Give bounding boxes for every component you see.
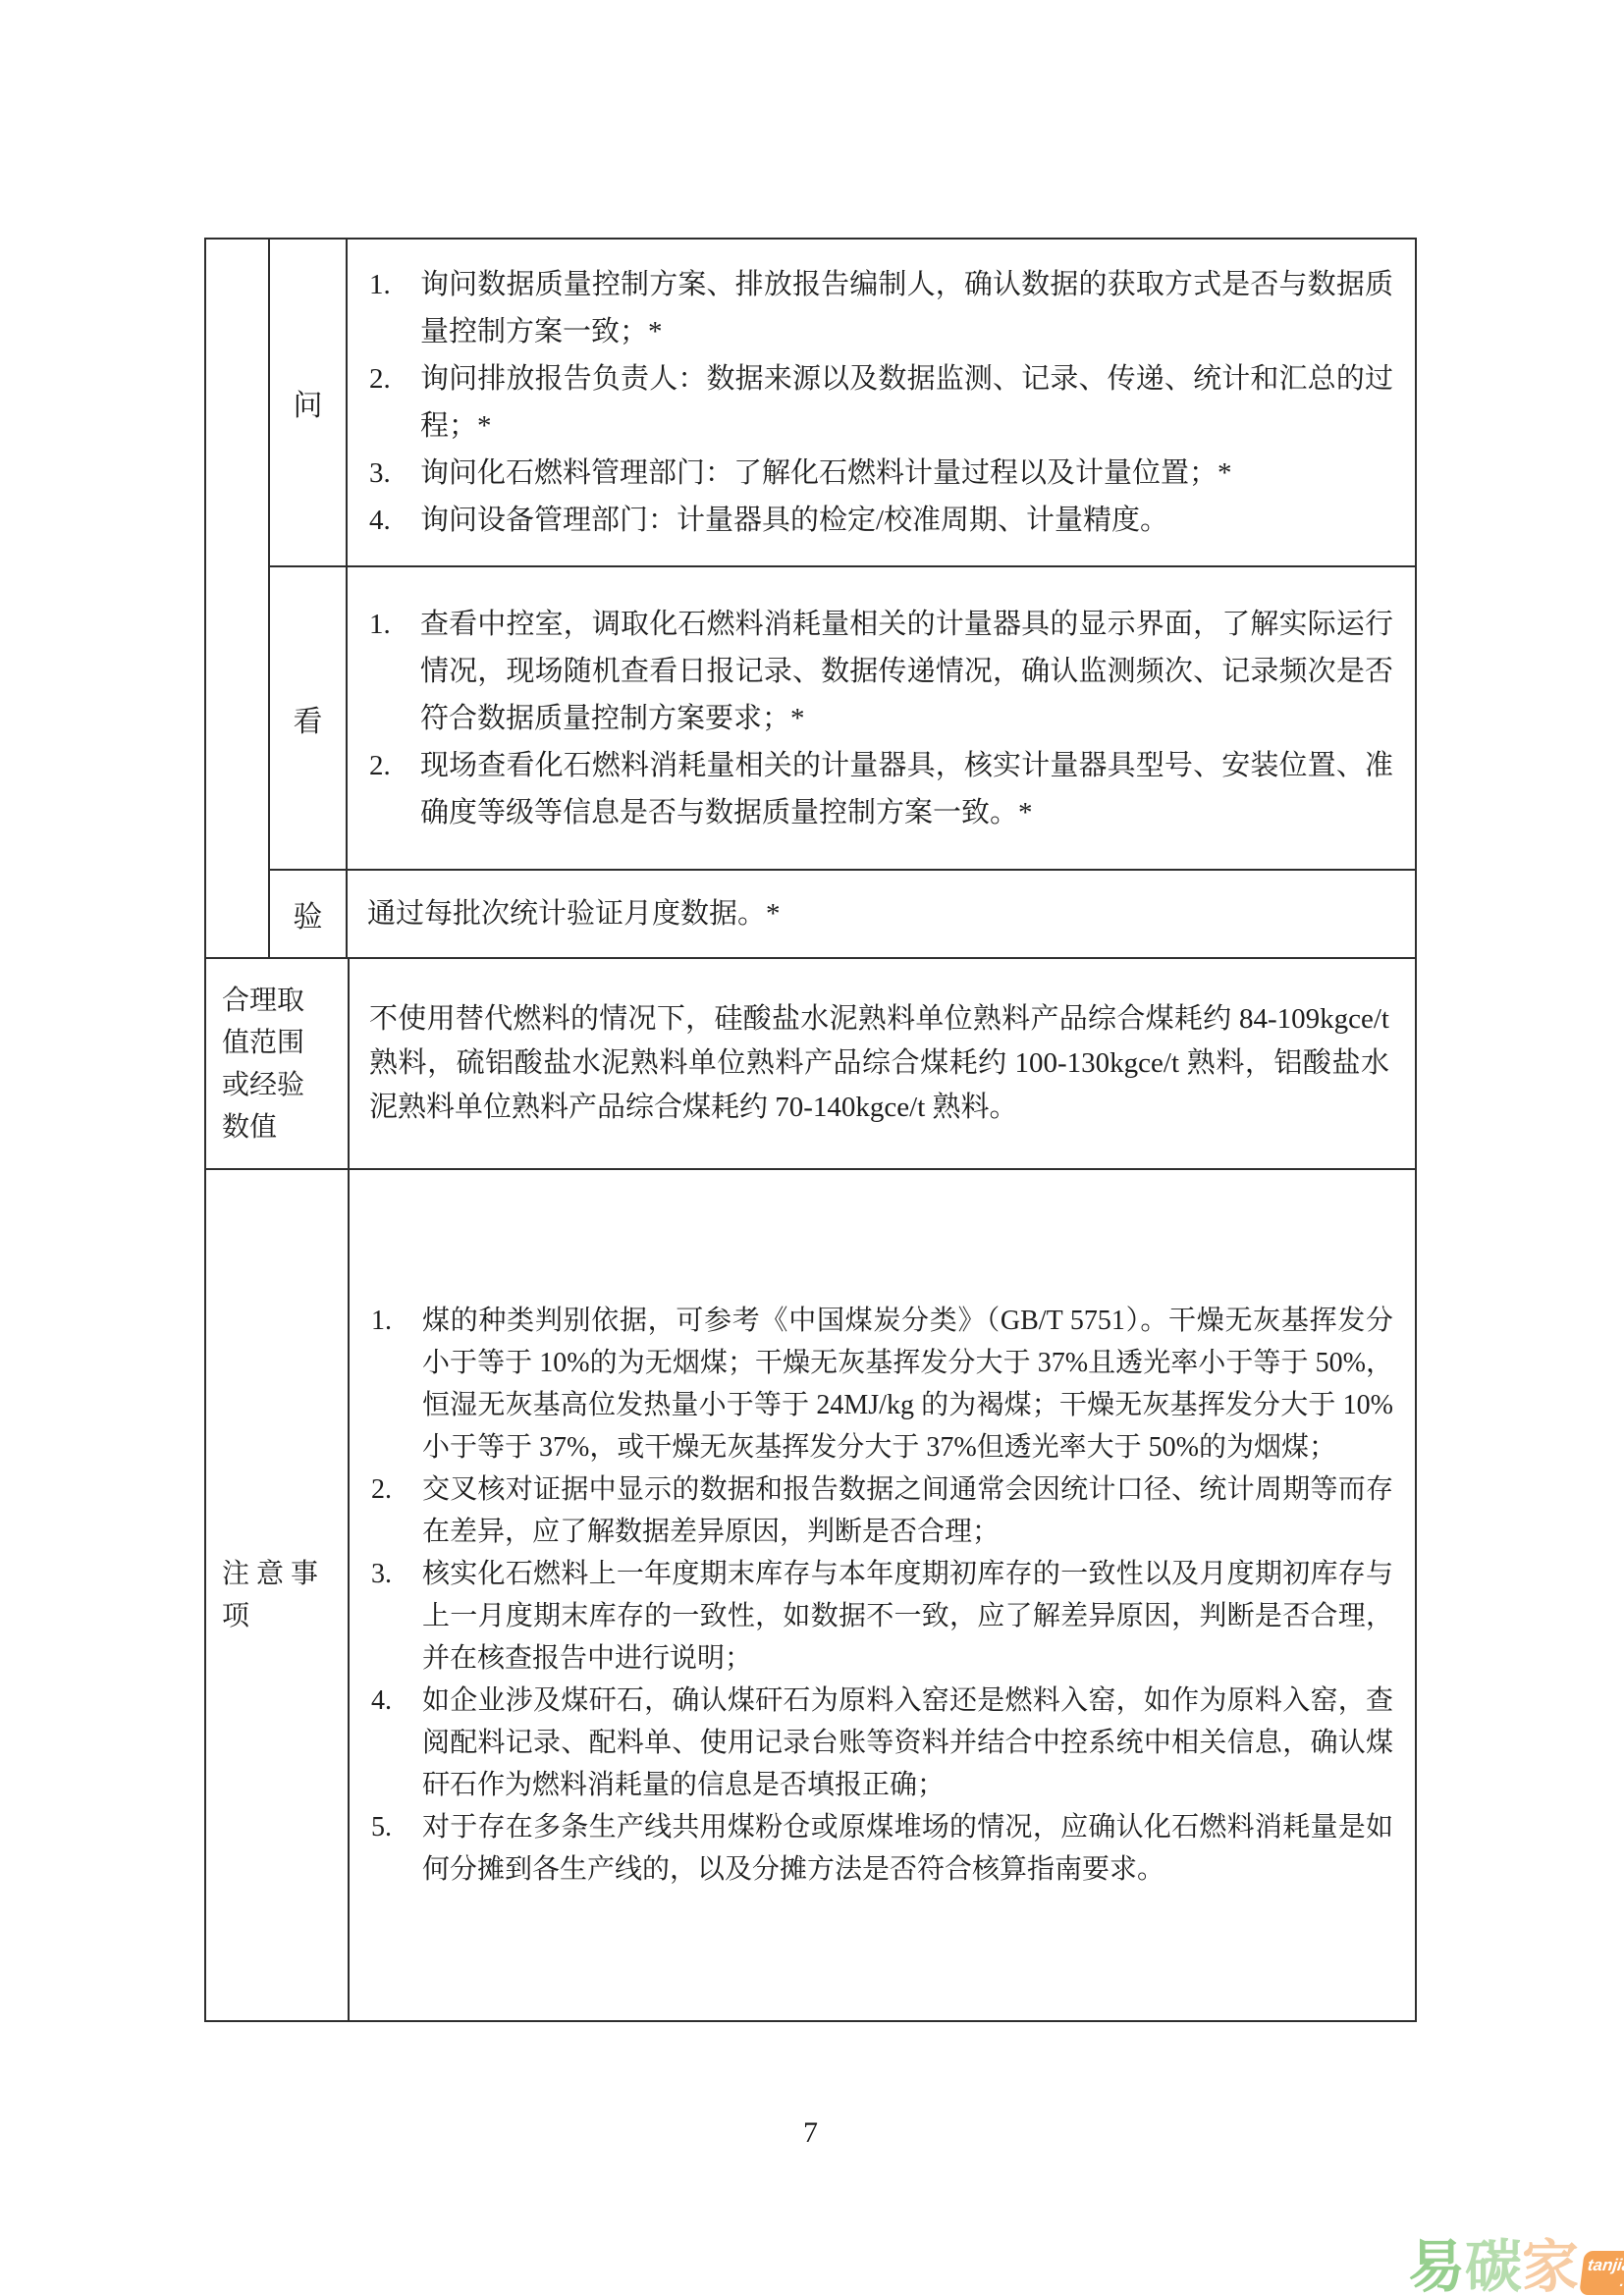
range-text: 不使用替代燃料的情况下，硅酸盐水泥熟料单位熟料产品综合煤耗约 84-109kgc… <box>350 997 1415 1130</box>
list-item-number: 3. <box>365 1553 422 1680</box>
notes-list: 1.煤的种类判别依据，可参考《中国煤炭分类》（GB/T 5751）。干燥无灰基挥… <box>350 1300 1415 1891</box>
list-item: 4.如企业涉及煤矸石，确认煤矸石为原料入窑还是燃料入窑，如作为原料入窑，查阅配料… <box>365 1680 1393 1806</box>
list-item-number: 5. <box>365 1806 422 1891</box>
table-row-verify: 验 通过每批次统计验证月度数据。* <box>270 869 1415 957</box>
list-item: 5.对于存在多条生产线共用煤粉仓或原煤堆场的情况，应确认化石燃料消耗量是如何分摊… <box>365 1806 1393 1891</box>
table-row-ask: 问 1.询问数据质量控制方案、排放报告编制人，确认数据的获取方式是否与数据质量控… <box>270 240 1415 565</box>
list-item: 3.询问化石燃料管理部门：了解化石燃料计量过程以及计量位置；* <box>363 450 1393 497</box>
list-item-number: 3. <box>363 450 420 497</box>
ask-row-content: 1.询问数据质量控制方案、排放报告编制人，确认数据的获取方式是否与数据质量控制方… <box>348 240 1415 565</box>
verify-row-content: 通过每批次统计验证月度数据。* <box>348 871 1415 957</box>
list-item-number: 2. <box>363 742 420 836</box>
list-item: 2.现场查看化石燃料消耗量相关的计量器具，核实计量器具型号、安装位置、准确度等级… <box>363 742 1393 836</box>
range-row-label: 合理取 值范围 或经验 数值 <box>206 959 350 1168</box>
list-item-text: 交叉核对证据中显示的数据和报告数据之间通常会因统计口径、统计周期等而存在差异，应… <box>422 1468 1393 1553</box>
list-item: 1.查看中控室，调取化石燃料消耗量相关的计量器具的显示界面，了解实际运行情况，现… <box>363 601 1393 742</box>
list-item-number: 1. <box>363 601 420 742</box>
list-item-text: 核实化石燃料上一年度期末库存与本年度期初库存的一致性以及月度期初库存与上一月度期… <box>422 1553 1393 1680</box>
watermark-char-yi: 易 <box>1408 2240 1465 2296</box>
notes-row-label: 注 意 事 项 <box>206 1170 350 2020</box>
watermark-char-tan: 碳 <box>1465 2240 1522 2296</box>
list-item-number: 1. <box>365 1300 422 1468</box>
list-item: 3.核实化石燃料上一年度期末库存与本年度期初库存的一致性以及月度期初库存与上一月… <box>365 1553 1393 1680</box>
look-list: 1.查看中控室，调取化石燃料消耗量相关的计量器具的显示界面，了解实际运行情况，现… <box>348 601 1415 836</box>
list-item-number: 4. <box>365 1680 422 1806</box>
empty-merged-cell <box>206 240 270 957</box>
list-item-number: 2. <box>365 1468 422 1553</box>
watermark-badge-tld: .com <box>1584 2274 1624 2290</box>
verify-row-label: 验 <box>270 871 348 957</box>
list-item-text: 如企业涉及煤矸石，确认煤矸石为原料入窑还是燃料入窑，如作为原料入窑，查阅配料记录… <box>422 1680 1393 1806</box>
list-item-number: 4. <box>363 497 420 544</box>
methods-subrows: 问 1.询问数据质量控制方案、排放报告编制人，确认数据的获取方式是否与数据质量控… <box>270 240 1415 957</box>
list-item-text: 查看中控室，调取化石燃料消耗量相关的计量器具的显示界面，了解实际运行情况，现场随… <box>420 601 1393 742</box>
ask-list: 1.询问数据质量控制方案、排放报告编制人，确认数据的获取方式是否与数据质量控制方… <box>348 261 1415 544</box>
watermark-char-jia: 家 <box>1522 2240 1579 2296</box>
list-item-text: 现场查看化石燃料消耗量相关的计量器具，核实计量器具型号、安装位置、准确度等级等信… <box>420 742 1393 836</box>
verification-table: 问 1.询问数据质量控制方案、排放报告编制人，确认数据的获取方式是否与数据质量控… <box>204 238 1417 2022</box>
table-row-range: 合理取 值范围 或经验 数值 不使用替代燃料的情况下，硅酸盐水泥熟料单位熟料产品… <box>206 957 1415 1168</box>
list-item: 2.交叉核对证据中显示的数据和报告数据之间通常会因统计口径、统计周期等而存在差异… <box>365 1468 1393 1553</box>
list-item-number: 1. <box>363 261 420 355</box>
notes-row-content: 1.煤的种类判别依据，可参考《中国煤炭分类》（GB/T 5751）。干燥无灰基挥… <box>350 1170 1415 2020</box>
range-row-content: 不使用替代燃料的情况下，硅酸盐水泥熟料单位熟料产品综合煤耗约 84-109kgc… <box>350 959 1415 1168</box>
table-row-notes: 注 意 事 项 1.煤的种类判别依据，可参考《中国煤炭分类》（GB/T 5751… <box>206 1168 1415 2020</box>
list-item-number: 2. <box>363 355 420 450</box>
list-item-text: 煤的种类判别依据，可参考《中国煤炭分类》（GB/T 5751）。干燥无灰基挥发分… <box>422 1300 1393 1468</box>
list-item-text: 询问数据质量控制方案、排放报告编制人，确认数据的获取方式是否与数据质量控制方案一… <box>420 261 1393 355</box>
table-row-group-methods: 问 1.询问数据质量控制方案、排放报告编制人，确认数据的获取方式是否与数据质量控… <box>206 240 1415 957</box>
verify-text: 通过每批次统计验证月度数据。* <box>348 890 1415 937</box>
list-item-text: 询问化石燃料管理部门：了解化石燃料计量过程以及计量位置；* <box>420 450 1393 497</box>
list-item-text: 询问排放报告负责人：数据来源以及数据监测、记录、传递、统计和汇总的过程；* <box>420 355 1393 450</box>
list-item-text: 询问设备管理部门：计量器具的检定/校准周期、计量精度。 <box>420 497 1393 544</box>
watermark-badge-domain: tanjiaoyi <box>1586 2256 1624 2274</box>
page-number: 7 <box>204 2116 1417 2150</box>
list-item: 2.询问排放报告负责人：数据来源以及数据监测、记录、传递、统计和汇总的过程；* <box>363 355 1393 450</box>
look-row-content: 1.查看中控室，调取化石燃料消耗量相关的计量器具的显示界面，了解实际运行情况，现… <box>348 567 1415 869</box>
list-item: 1.煤的种类判别依据，可参考《中国煤炭分类》（GB/T 5751）。干燥无灰基挥… <box>365 1300 1393 1468</box>
look-row-label: 看 <box>270 567 348 869</box>
watermark-badge: tanjiaoyi .com <box>1579 2251 1624 2295</box>
table-row-look: 看 1.查看中控室，调取化石燃料消耗量相关的计量器具的显示界面，了解实际运行情况… <box>270 565 1415 869</box>
ask-row-label: 问 <box>270 240 348 565</box>
list-item: 1.询问数据质量控制方案、排放报告编制人，确认数据的获取方式是否与数据质量控制方… <box>363 261 1393 355</box>
list-item-text: 对于存在多条生产线共用煤粉仓或原煤堆场的情况，应确认化石燃料消耗量是如何分摊到各… <box>422 1806 1393 1891</box>
list-item: 4.询问设备管理部门：计量器具的检定/校准周期、计量精度。 <box>363 497 1393 544</box>
document-page: 问 1.询问数据质量控制方案、排放报告编制人，确认数据的获取方式是否与数据质量控… <box>0 0 1624 2296</box>
watermark-logo: 易 碳 家 tanjiaoyi .com <box>1408 2230 1624 2296</box>
